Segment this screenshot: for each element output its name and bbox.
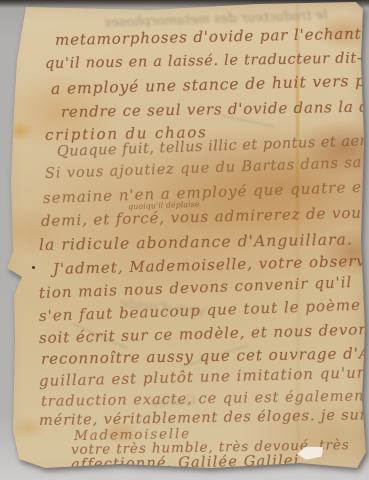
manuscript-line: metamorphoses d'ovide par l'echantillon (55, 24, 369, 49)
manuscript-line: traduction exacte, ce qui est également (41, 388, 369, 410)
paper-shadow-wrap: le traducteur des metamorphoses vers d'o… (0, 0, 369, 480)
manuscript-line: mérite, véritablement des éloges. je sui… (39, 407, 369, 429)
manuscript-line: la ridicule abondance d'Anguillara. (39, 231, 353, 254)
manuscript-line: rendre ce seul vers d'ovide dans la des- (61, 97, 369, 121)
manuscript-line: semaine n'en a employé que quatre et (43, 178, 369, 207)
manuscript-line: qu'il nous en a laissé. le traducteur di… (45, 50, 369, 72)
manuscript-line: soit écrit sur ce modèle, et nous devons (39, 320, 369, 347)
manuscript-line: demi, et forcé, vous admirerez de vous. (41, 203, 369, 230)
letter-paper: le traducteur des metamorphoses vers d'o… (0, 0, 369, 480)
manuscript-line: Si vous ajoutiez que du Bartas dans sa (45, 155, 363, 182)
manuscript-line: affectionné. Galilée Galilei. (71, 453, 306, 473)
photo-of-letter: le traducteur des metamorphoses vers d'o… (0, 0, 369, 480)
manuscript-line: a employé une stance de huit vers pour (51, 71, 369, 98)
ink-spot (32, 266, 35, 269)
